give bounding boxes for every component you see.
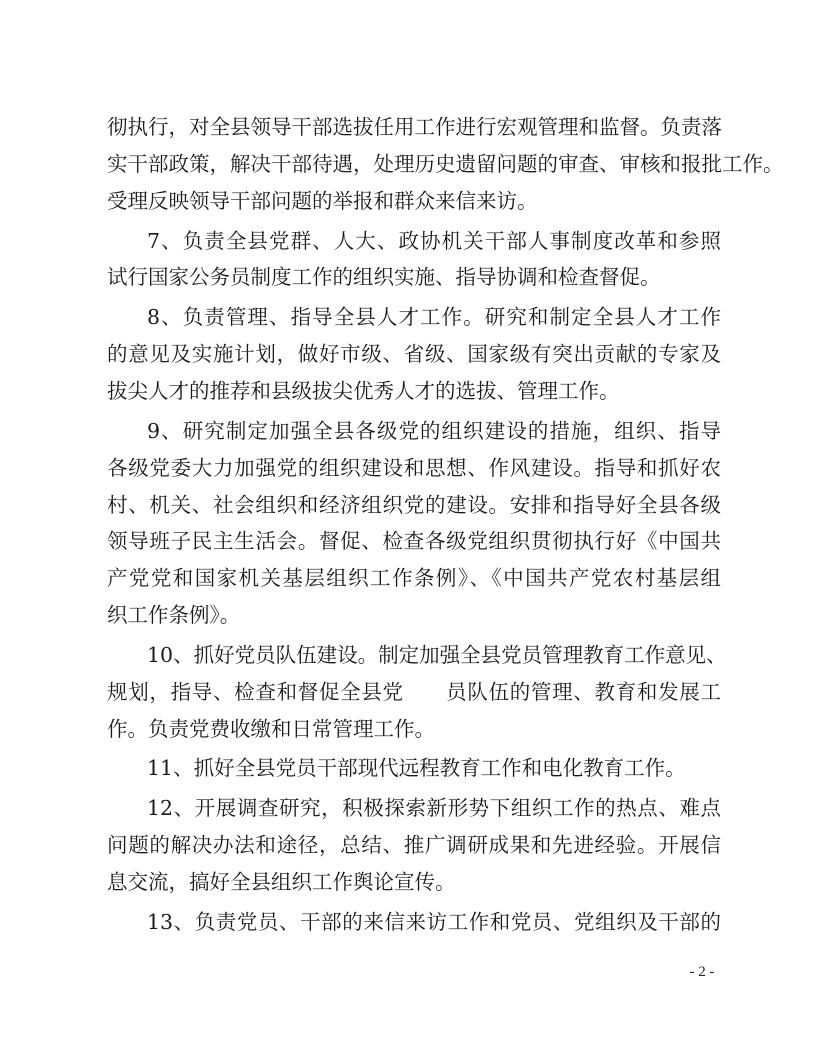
text-line: 试行国家公务员制度工作的组织实施、指导协调和检查督促。	[107, 259, 721, 296]
text-line: 产党党和国家机关基层组织工作条例》、《中国共产党农村基层组	[107, 560, 721, 597]
text-line: 彻执行，对全县领导干部选拔任用工作进行宏观管理和监督。负责落	[107, 109, 721, 146]
text-line: 8、负责管理、指导全县人才工作。研究和制定全县人才工作	[107, 299, 721, 336]
paragraph-8: 8、负责管理、指导全县人才工作。研究和制定全县人才工作 的意见及实施计划，做好市…	[107, 299, 721, 409]
paragraph-6-continued: 彻执行，对全县领导干部选拔任用工作进行宏观管理和监督。负责落 实干部政策，解决干…	[107, 109, 721, 219]
page-number: - 2 -	[680, 964, 724, 981]
paragraph-9: 9、研究制定加强全县各级党的组织建设的措施，组织、指导 各级党委大力加强党的组织…	[107, 413, 721, 634]
paragraph-12: 12、开展调查研究，积极探索新形势下组织工作的热点、难点 问题的解决办法和途径，…	[107, 790, 721, 900]
text-line: 息交流，搞好全县组织工作舆论宣传。	[107, 864, 721, 901]
paragraph-7: 7、负责全县党群、人大、政协机关干部人事制度改革和参照 试行国家公务员制度工作的…	[107, 223, 721, 297]
text-line: 村、机关、社会组织和经济组织党的建设。安排和指导好全县各级	[107, 487, 721, 524]
text-line: 9、研究制定加强全县各级党的组织建设的措施，组织、指导	[107, 413, 721, 450]
text-line: 拔尖人才的推荐和县级拔尖优秀人才的选拔、管理工作。	[107, 373, 721, 410]
paragraph-10: 10、抓好党员队伍建设。制定加强全县党员管理教育工作意见、 规划，指导、检查和督…	[107, 637, 721, 747]
document-body: 彻执行，对全县领导干部选拔任用工作进行宏观管理和监督。负责落 实干部政策，解决干…	[107, 109, 721, 944]
text-line: 7、负责全县党群、人大、政协机关干部人事制度改革和参照	[107, 223, 721, 260]
text-line: 规划，指导、检查和督促全县党 员队伍的管理、教育和发展工	[107, 674, 721, 711]
text-line: 13、负责党员、干部的来信来访工作和党员、党组织及干部的	[107, 904, 721, 941]
text-line: 10、抓好党员队伍建设。制定加强全县党员管理教育工作意见、	[107, 637, 721, 674]
document-page: 彻执行，对全县领导干部选拔任用工作进行宏观管理和监督。负责落 实干部政策，解决干…	[0, 0, 816, 1056]
paragraph-11: 11、抓好全县党员干部现代远程教育工作和电化教育工作。	[107, 750, 721, 787]
text-line: 织工作条例》。	[107, 597, 721, 634]
text-line: 受理反映领导干部问题的举报和群众来信来访。	[107, 183, 721, 220]
text-line: 11、抓好全县党员干部现代远程教育工作和电化教育工作。	[107, 750, 721, 787]
text-line: 各级党委大力加强党的组织建设和思想、作风建设。指导和抓好农	[107, 450, 721, 487]
text-line: 领导班子民主生活会。督促、检查各级党组织贯彻执行好《中国共	[107, 523, 721, 560]
text-line: 实干部政策，解决干部待遇，处理历史遗留问题的审查、审核和报批工作。	[107, 146, 721, 183]
text-line: 的意见及实施计划，做好市级、省级、国家级有突出贡献的专家及	[107, 336, 721, 373]
paragraph-13: 13、负责党员、干部的来信来访工作和党员、党组织及干部的	[107, 904, 721, 941]
text-line: 问题的解决办法和途径，总结、推广调研成果和先进经验。开展信	[107, 827, 721, 864]
text-line: 12、开展调查研究，积极探索新形势下组织工作的热点、难点	[107, 790, 721, 827]
text-line: 作。负责党费收缴和日常管理工作。	[107, 711, 721, 748]
